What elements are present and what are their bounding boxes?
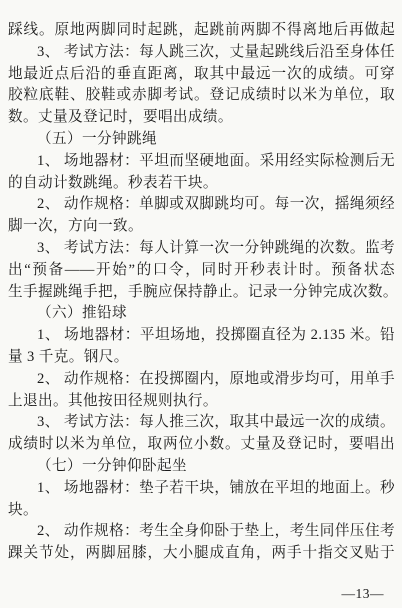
text-line: （五）一分钟跳绳 — [8, 129, 395, 151]
text-line: 上退出。其他按田径规则执行。 — [8, 391, 395, 413]
text-line: 1、 场地器材：垫子若干块，铺放在平坦的地面上。秒表若干 — [8, 478, 395, 500]
text-line: 的自动计数跳绳。秒表若干块。 — [8, 173, 395, 195]
text-line: （六）推铅球 — [8, 303, 395, 325]
text-line: 3、 考试方法：每人计算一次一分钟跳绳的次数。监考员发 — [8, 238, 395, 260]
text-line: 3、 考试方法：每人跳三次，丈量起跳线后沿至身体任何着 — [8, 42, 395, 64]
text-line: 量 3 千克。钢尺。 — [8, 347, 395, 369]
text-line: 地最近点后沿的垂直距离，取其中最远一次的成绩。可穿钉鞋、 — [8, 64, 395, 86]
text-line: 胶粒底鞋、胶鞋或赤脚考试。登记成绩时以米为单位，取两位小 — [8, 85, 395, 107]
text-line: 1、 场地器材：平坦而坚硬地面。采用经实际检测后无误差 — [8, 151, 395, 173]
text-line: （七）一分钟仰卧起坐 — [8, 456, 395, 478]
document-page: 踩线。原地两脚同时起跳，起跳前两脚不得离地后再做起跳动作。3、 考试方法：每人跳… — [0, 0, 402, 608]
text-block: 踩线。原地两脚同时起跳，起跳前两脚不得离地后再做起跳动作。3、 考试方法：每人跳… — [8, 20, 395, 565]
text-line: 脚一次，方向一致。 — [8, 216, 395, 238]
text-line: 2、 动作规格：单脚或双脚跳均可。每一次，摇绳须经过头、 — [8, 194, 395, 216]
text-line: 出“预备——开始”的口令，同时开秒表计时。预备状态时，考 — [8, 260, 395, 282]
text-line: 成绩时以米为单位，取两位小数。丈量及登记时，要唱出成绩。 — [8, 434, 395, 456]
text-line: 2、 动作规格：考生全身仰卧于垫上，考生同伴压住考生两 — [8, 521, 395, 543]
text-line: 踝关节处，两脚屈膝，大小腿成直角，两手十指交叉贴于脑后，仰 — [8, 543, 395, 565]
text-line: 块。 — [8, 500, 395, 522]
text-line: 2、 动作规格：在投掷圈内，原地或滑步均可，用单手从肩 — [8, 369, 395, 391]
text-line: 踩线。原地两脚同时起跳，起跳前两脚不得离地后再做起跳动作。 — [8, 20, 395, 42]
text-line: 1、 场地器材：平坦场地，投掷圈直径为 2.135 米。铅球重 — [8, 325, 395, 347]
page-number: —13— — [342, 586, 385, 602]
text-line: 3、 考试方法：每人推三次，取其中最远一次的成绩。登记 — [8, 412, 395, 434]
text-line: 数。丈量及登记时，要唱出成绩。 — [8, 107, 395, 129]
text-line: 生手握跳绳手把，手腕应保持静止。记录一分钟完成次数。 — [8, 282, 395, 304]
